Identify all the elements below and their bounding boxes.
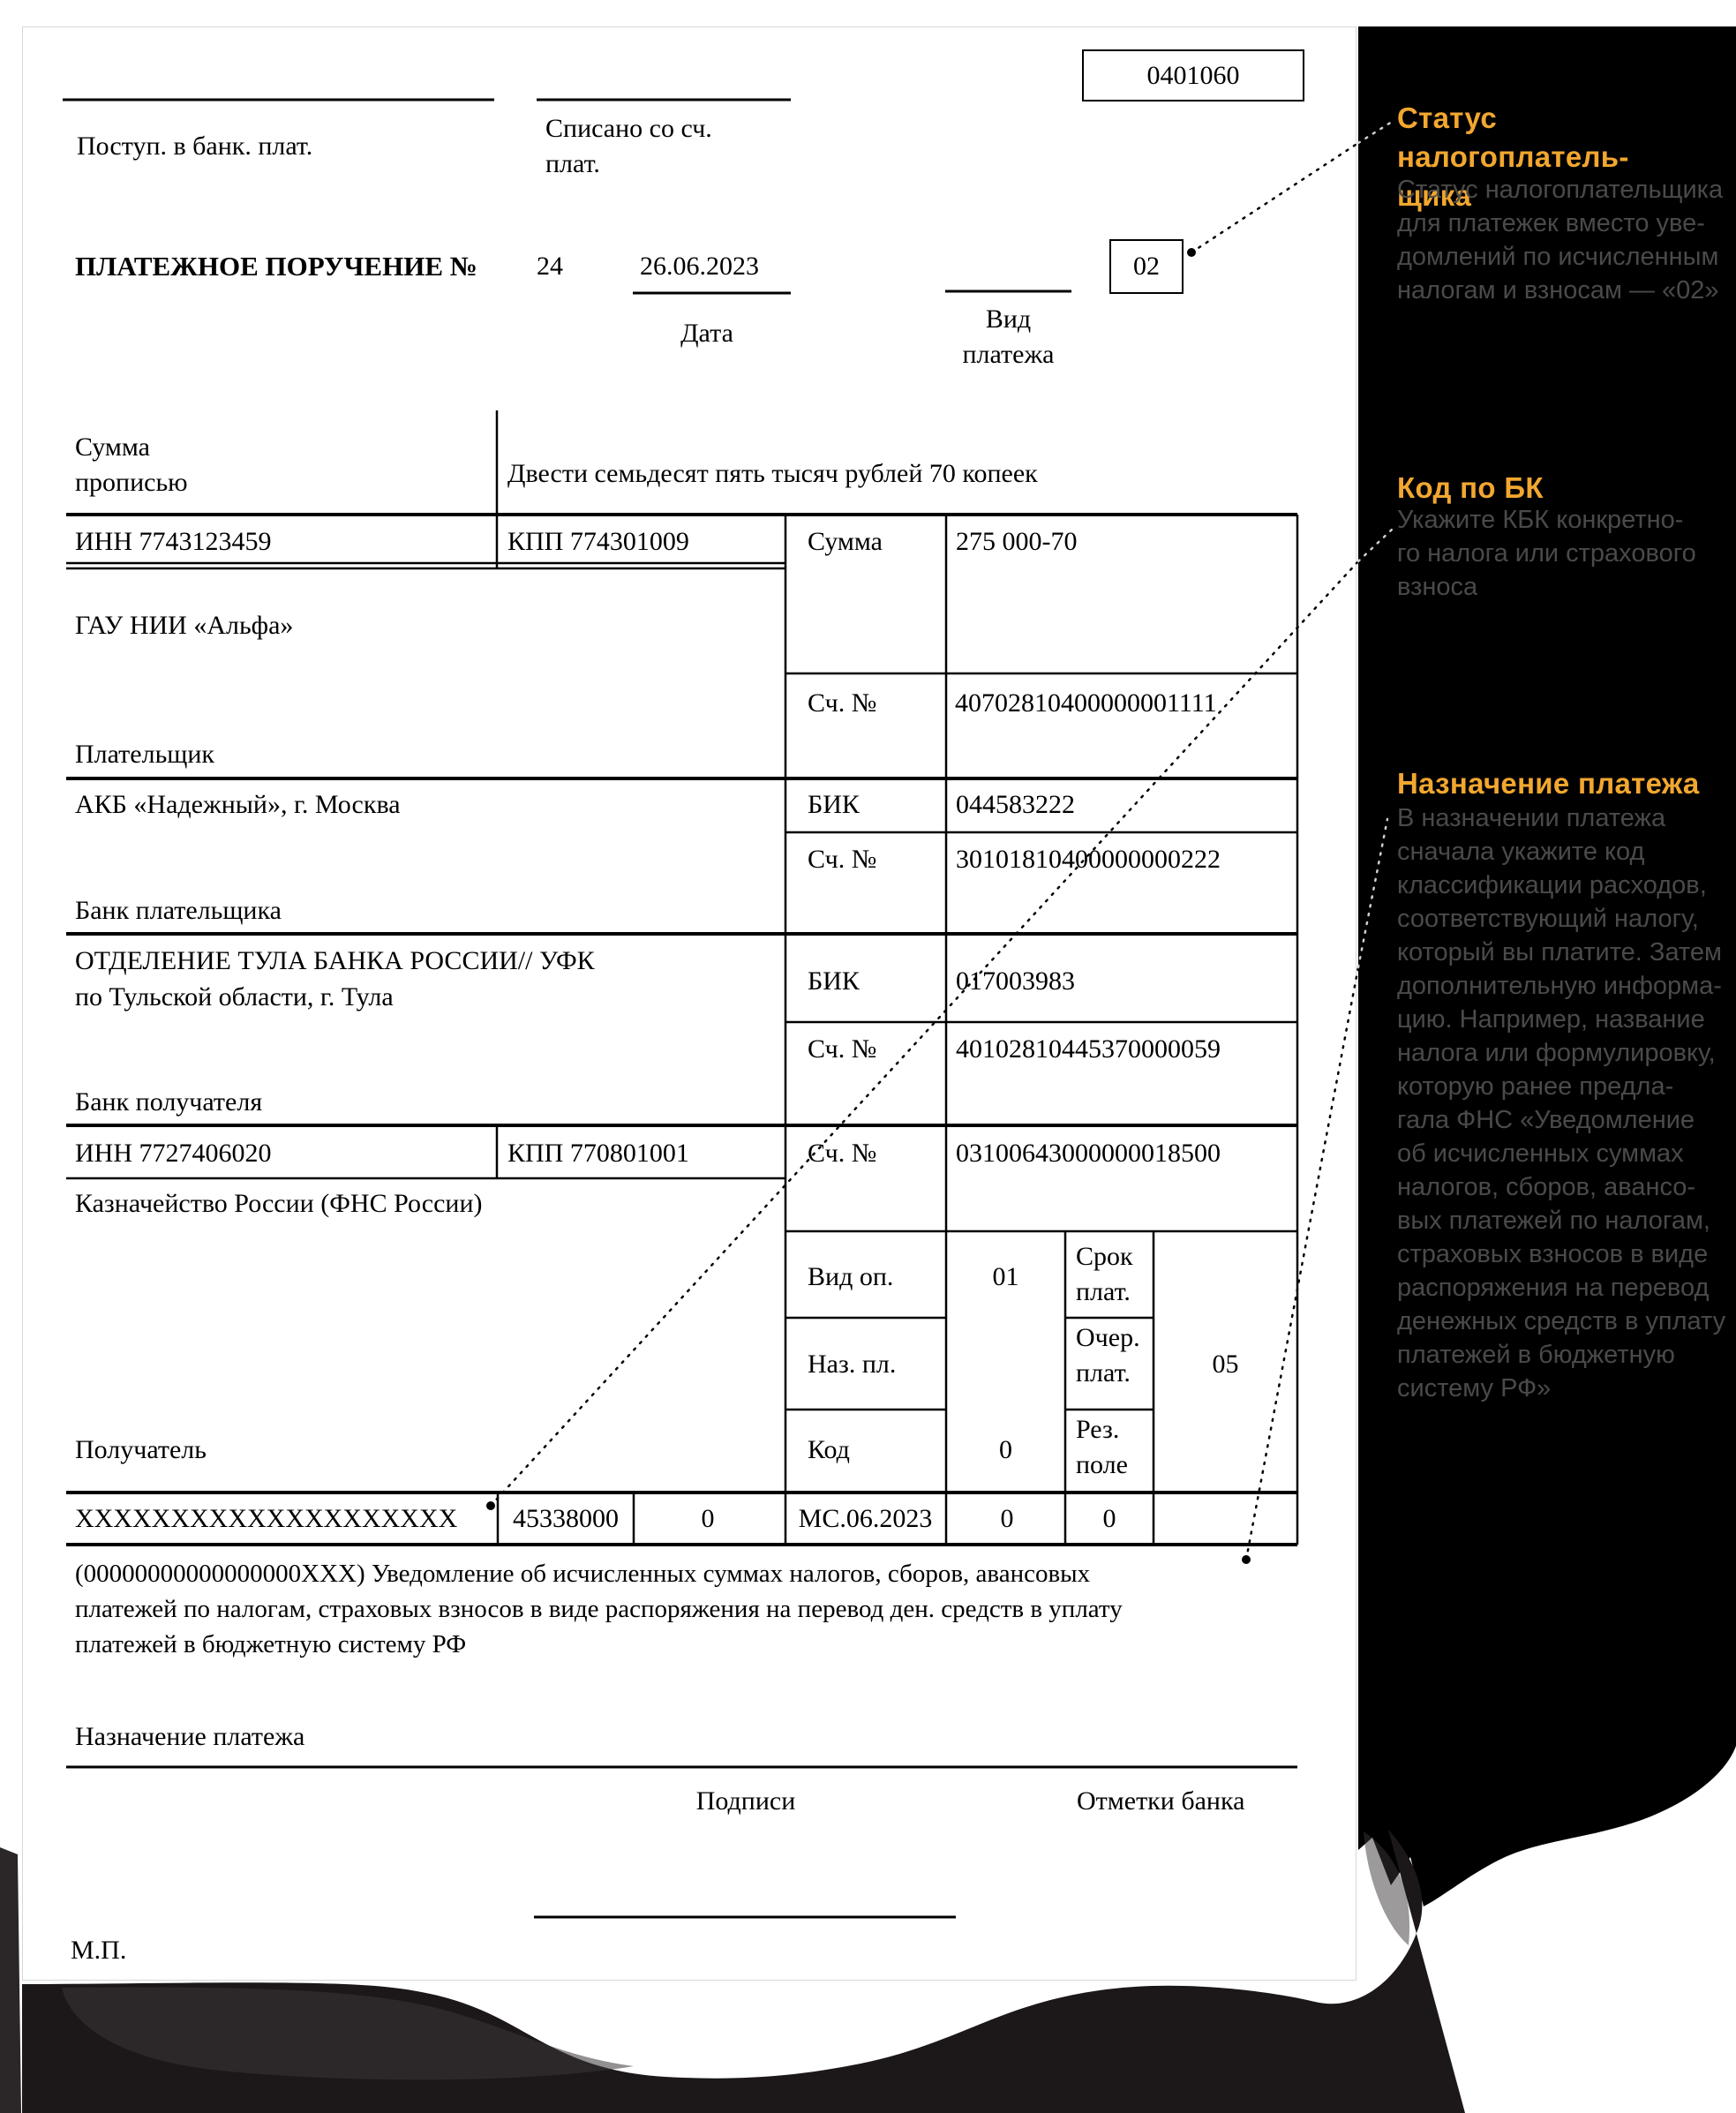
sum-value: 275 000-70 <box>956 524 1078 560</box>
payer-label: Плательщик <box>75 737 214 772</box>
payer-status-code: 02 <box>1133 252 1160 282</box>
code-label: Код <box>808 1432 850 1468</box>
sum-label: Сумма <box>808 524 883 560</box>
document-date-field: 0 <box>1065 1501 1154 1537</box>
payer-account: 40702810400000001111 <box>955 686 1217 721</box>
recipient-bank-label: Банк получателя <box>75 1085 262 1120</box>
payer-bank-corr-account: 30101810400000000222 <box>956 842 1221 877</box>
payer-bank-account-label: Сч. № <box>808 842 876 877</box>
page: 0401060 Поступ. в банк. плат. Списано со… <box>0 0 1736 2113</box>
payer-status-box: 02 <box>1109 239 1184 294</box>
tax-period: МС.06.2023 <box>782 1501 949 1537</box>
recipient-kpp: КПП 770801001 <box>507 1136 689 1171</box>
annotation-body-payer-status: Статус налогоплательщика для платежек вм… <box>1397 173 1736 307</box>
okud-code: 0401060 <box>1147 61 1240 91</box>
document-date: 26.06.2023 <box>640 249 759 284</box>
recipient-bank-account-label: Сч. № <box>808 1032 876 1067</box>
due-date-label: Срок плат. <box>1076 1239 1133 1309</box>
payer-bank-label: Банк плательщика <box>75 893 282 929</box>
annotation-body-kbk: Укажите КБК конкретно- го налога или стр… <box>1397 503 1736 604</box>
signatures-label: Подписи <box>618 1784 874 1819</box>
payer-name: ГАУ НИИ «Альфа» <box>75 608 293 643</box>
debited-from-account-label: Списано со сч. плат. <box>545 111 712 181</box>
kbk-code: XXXXXXXXXXXXXXXXXXXX <box>75 1501 457 1537</box>
document-number-field: 0 <box>949 1501 1065 1537</box>
payer-kpp: КПП 774301009 <box>507 524 689 560</box>
payer-bank-bik-label: БИК <box>808 787 860 823</box>
oktmo-code: 45338000 <box>498 1501 634 1537</box>
payment-purpose-text: (00000000000000000XXX) Уведомление об ис… <box>75 1556 1306 1662</box>
operation-type-value: 01 <box>946 1260 1065 1295</box>
recipient-name: Казначейство России (ФНС России) <box>75 1186 483 1222</box>
recipient-label: Получатель <box>75 1432 207 1468</box>
operation-type-label: Вид оп. <box>808 1260 893 1295</box>
amount-in-words: Двести семьдесят пять тысяч рублей 70 ко… <box>507 456 1038 492</box>
recipient-bank-bik: 017003983 <box>956 964 1075 999</box>
annotation-body-purpose: В назначении платежа сначала укажите код… <box>1397 801 1736 1405</box>
priority-value: 05 <box>1154 1347 1297 1382</box>
reserve-field-label: Рез. поле <box>1076 1412 1128 1482</box>
amount-in-words-label: Сумма прописью <box>75 430 188 500</box>
annotation-title-purpose: Назначение платежа <box>1397 764 1736 803</box>
recipient-account-label: Сч. № <box>808 1136 876 1171</box>
stamp-place-label: М.П. <box>71 1933 126 1968</box>
code-value: 0 <box>946 1432 1065 1468</box>
payer-bank-bik: 044583222 <box>956 787 1075 823</box>
received-in-bank-label: Поступ. в банк. плат. <box>77 129 312 164</box>
bank-marks-label: Отметки банка <box>1077 1784 1244 1819</box>
okud-code-box: 0401060 <box>1082 49 1304 102</box>
document-title: ПЛАТЕЖНОЕ ПОРУЧЕНИЕ № <box>75 249 477 285</box>
payment-type-label: Вид платежа <box>945 302 1071 372</box>
payer-inn: ИНН 7743123459 <box>75 524 272 560</box>
payer-bank-name: АКБ «Надежный», г. Москва <box>75 787 401 823</box>
date-label: Дата <box>633 316 781 351</box>
payment-purpose-label: Назначение платежа <box>75 1719 304 1755</box>
recipient-account: 03100643000000018500 <box>956 1136 1221 1171</box>
recipient-bank-name: ОТДЕЛЕНИЕ ТУЛА БАНКА РОССИИ// УФК по Тул… <box>75 943 595 1016</box>
payer-account-label: Сч. № <box>808 686 876 721</box>
callout-dotted-lines <box>491 122 1392 1560</box>
recipient-bank-bik-label: БИК <box>808 964 860 999</box>
document-number: 24 <box>537 249 563 284</box>
torn-paper-blob <box>0 1830 1465 2113</box>
payment-basis: 0 <box>634 1501 782 1537</box>
recipient-bank-corr-account: 40102810445370000059 <box>956 1032 1221 1067</box>
purpose-code-label: Наз. пл. <box>808 1347 896 1382</box>
recipient-inn: ИНН 7727406020 <box>75 1136 272 1171</box>
annotation-title-kbk: Код по БК <box>1397 469 1736 508</box>
priority-label: Очер. плат. <box>1076 1320 1140 1390</box>
